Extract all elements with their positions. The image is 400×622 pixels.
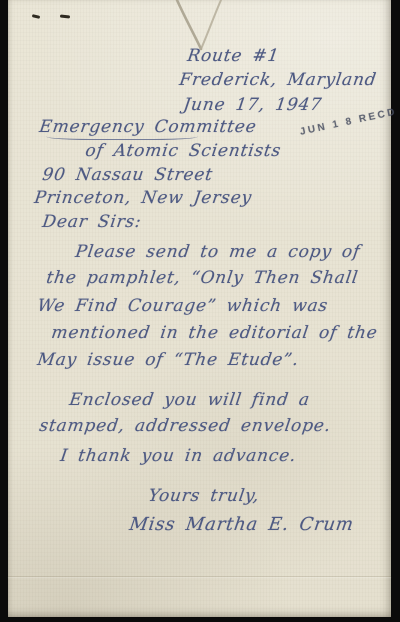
underline-flourish — [46, 133, 198, 140]
body-p1-line3: We Find Courage” which was — [36, 297, 329, 317]
body-p2-line1: Enclosed you will find a — [68, 391, 311, 411]
bottom-fold-crease — [8, 576, 391, 577]
body-p1-line4: mentioned in the editorial of the — [50, 324, 379, 344]
body-p1-line2: the pamphlet, “Only Then Shall — [45, 269, 359, 289]
body-p1-line5: May issue of “The Etude”. — [36, 351, 300, 371]
letter-date: June 17, 1947 — [182, 96, 323, 116]
closing: Yours truly, — [147, 487, 261, 507]
sender-address-line1: Route #1 — [186, 47, 280, 67]
signature: Miss Martha E. Crum — [128, 515, 355, 536]
body-p3-line1: I thank you in advance. — [59, 447, 298, 467]
sender-address-line2: Frederick, Maryland — [178, 71, 378, 91]
recipient-line3: 90 Nassau Street — [41, 166, 214, 186]
recipient-line4: Princeton, New Jersey — [33, 189, 253, 209]
letter-scan: JUN 1 8 RECD Route #1 Frederick, Marylan… — [0, 0, 400, 622]
body-p1-line1: Please send to me a copy of — [74, 243, 361, 263]
body-p2-line2: stamped, addressed envelope. — [38, 417, 332, 437]
recipient-line2: of Atomic Scientists — [84, 142, 282, 162]
salutation: Dear Sirs: — [41, 213, 143, 233]
